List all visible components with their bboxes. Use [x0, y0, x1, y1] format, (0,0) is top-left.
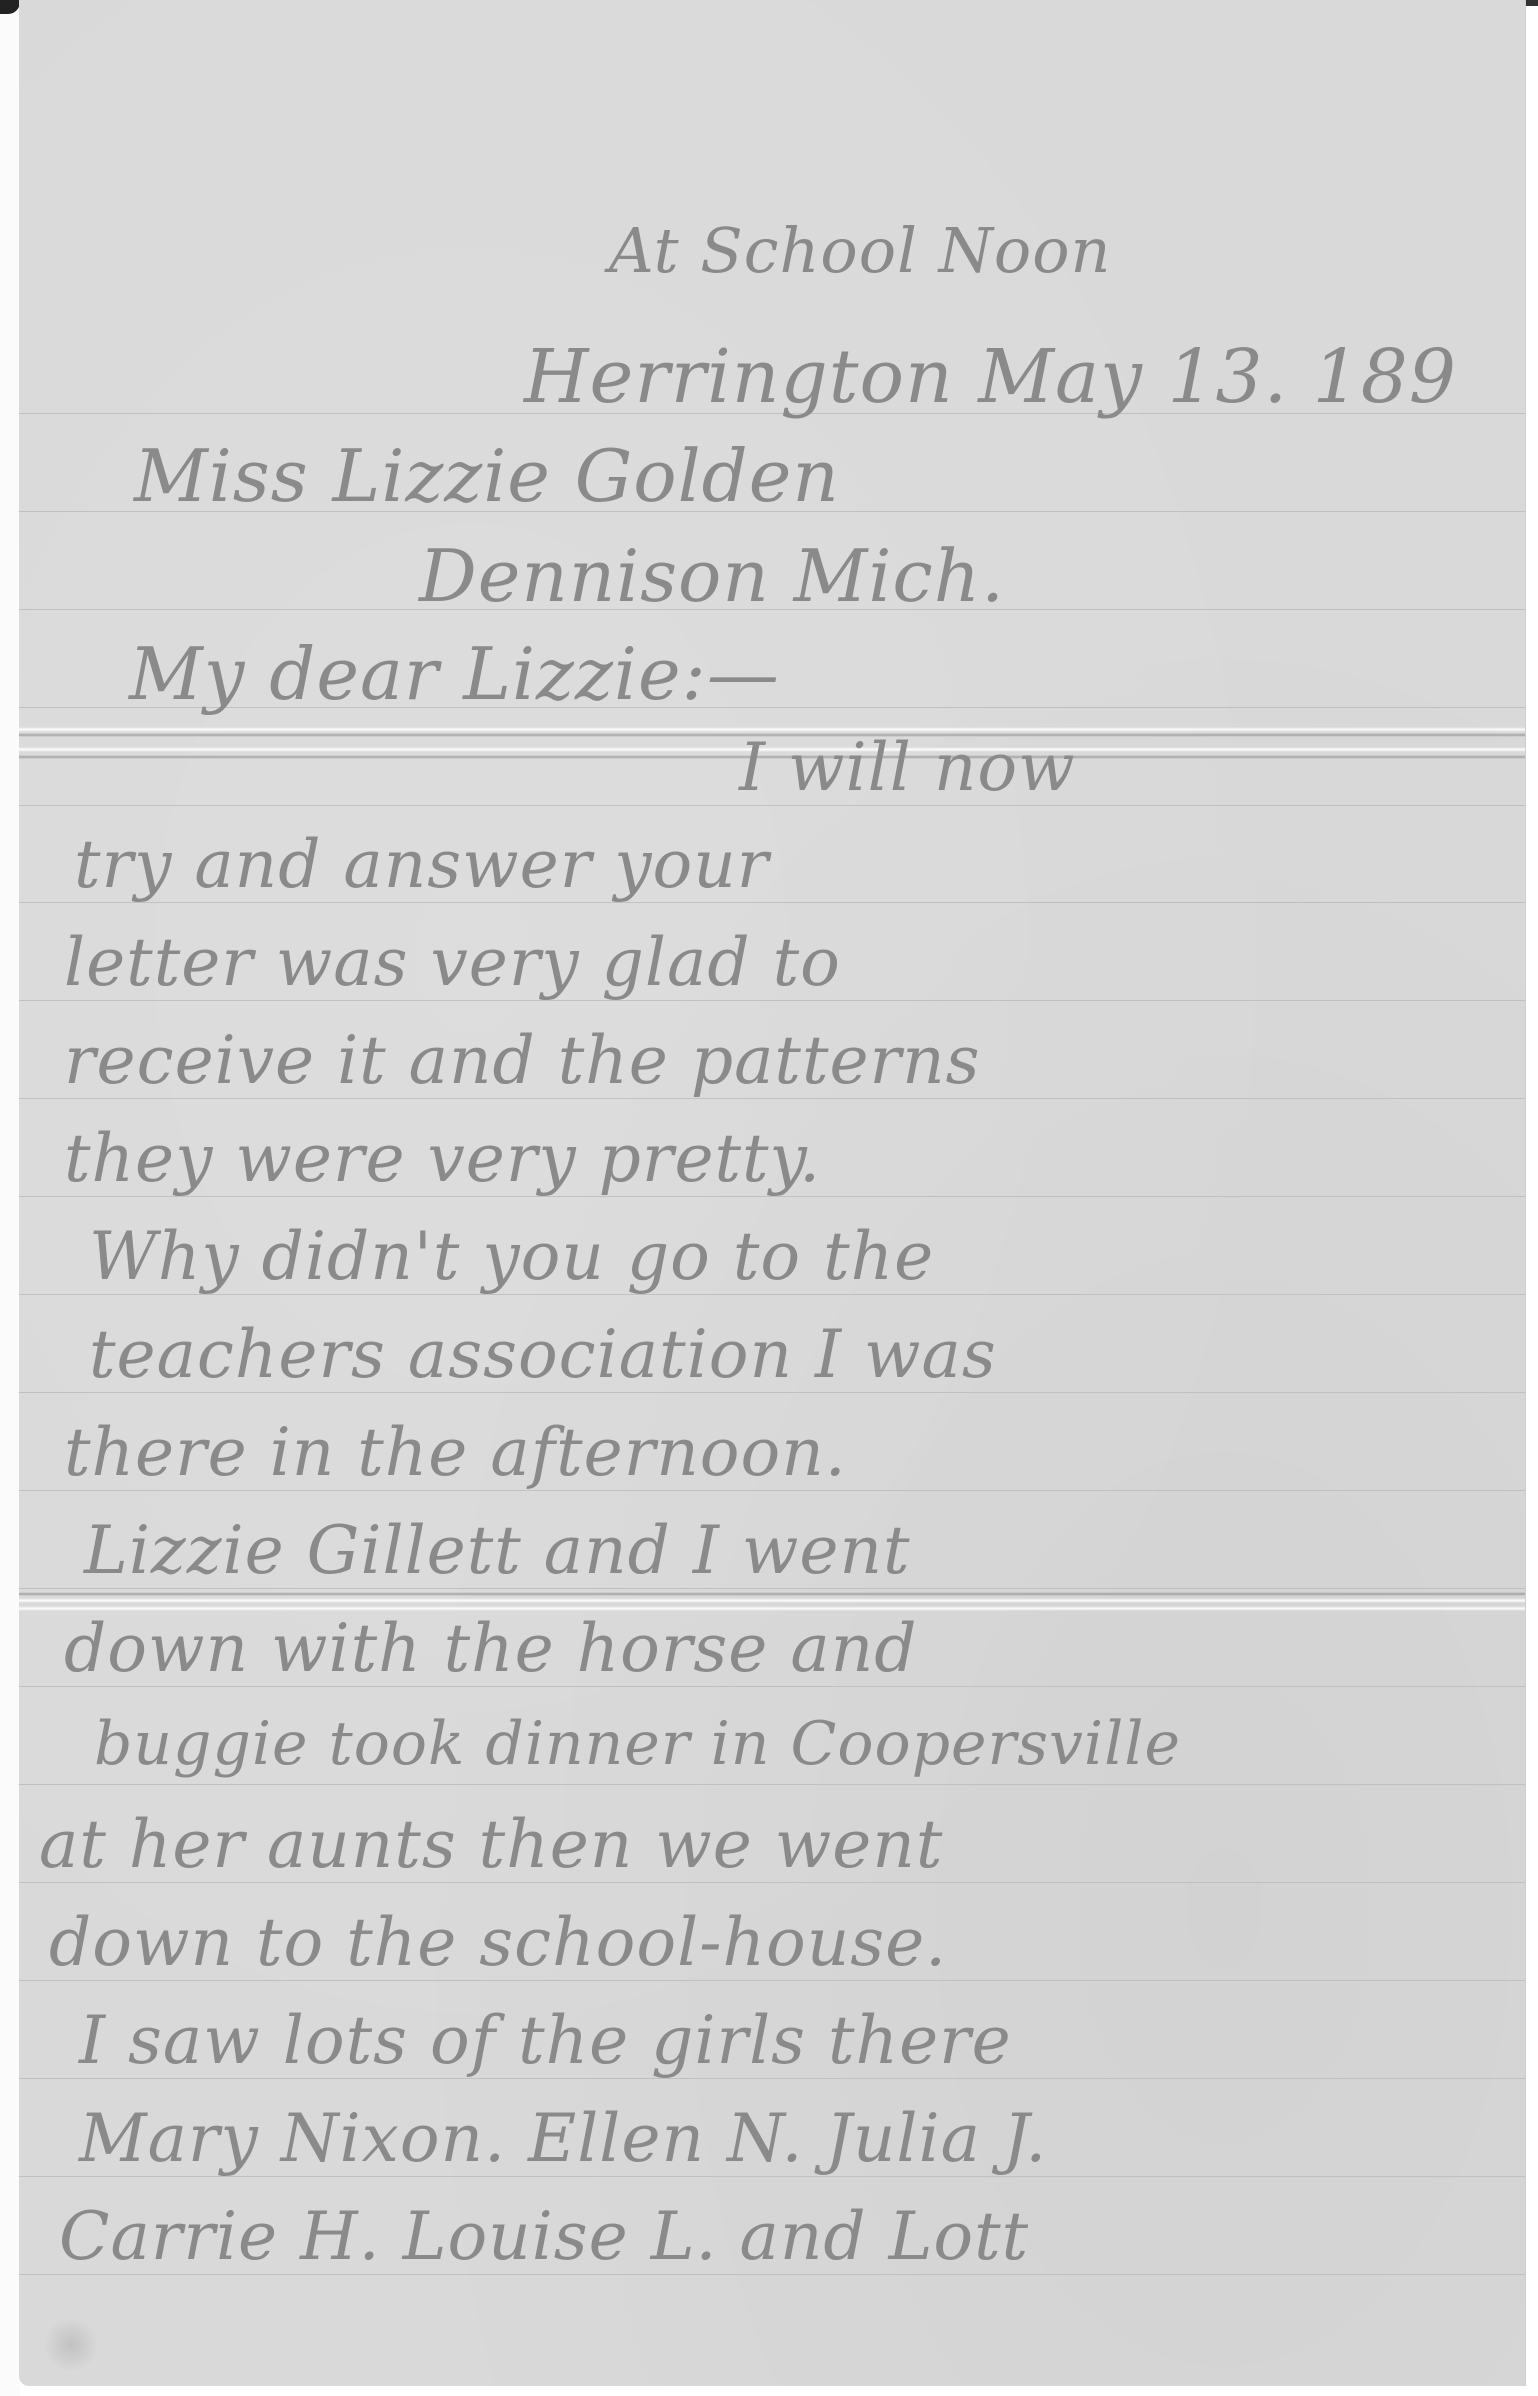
- ruled-line: [19, 1784, 1525, 1785]
- scan-margin: [0, 0, 20, 2396]
- paper-smudge: [41, 2320, 101, 2370]
- body-line: teachers association I was: [89, 1322, 997, 1388]
- body-line: Mary Nixon. Ellen N. Julia J.: [79, 2106, 1047, 2172]
- body-line: there in the afternoon.: [64, 1420, 847, 1486]
- body-line: at her aunts then we went: [39, 1812, 943, 1878]
- letter-page: At School Noon Herrington May 13. 189 Mi…: [19, 0, 1526, 2386]
- body-line: they were very pretty.: [64, 1126, 821, 1192]
- body-line: down to the school-house.: [49, 1910, 947, 1976]
- body-line: down with the horse and: [64, 1616, 917, 1682]
- body-line: Lizzie Gillett and I went: [84, 1518, 910, 1584]
- body-line: buggie took dinner in Coopersville: [94, 1714, 1181, 1774]
- body-line: try and answer your: [74, 832, 769, 898]
- heading-location: At School Noon: [609, 220, 1111, 282]
- body-line: Why didn't you go to the: [89, 1224, 934, 1290]
- recipient-town: Dennison Mich.: [419, 540, 1005, 612]
- body-line: Carrie H. Louise L. and Lott: [59, 2204, 1029, 2270]
- recipient-name: Miss Lizzie Golden: [134, 440, 840, 512]
- body-line: receive it and the patterns: [64, 1028, 980, 1094]
- scan-corner-shadow-right: [1524, 0, 1538, 6]
- body-line: letter was very glad to: [64, 930, 841, 996]
- body-line: I will now: [739, 735, 1076, 801]
- body-line: I saw lots of the girls there: [79, 2008, 1012, 2074]
- heading-place-date: Herrington May 13. 189: [524, 340, 1457, 414]
- salutation: My dear Lizzie:—: [129, 638, 780, 710]
